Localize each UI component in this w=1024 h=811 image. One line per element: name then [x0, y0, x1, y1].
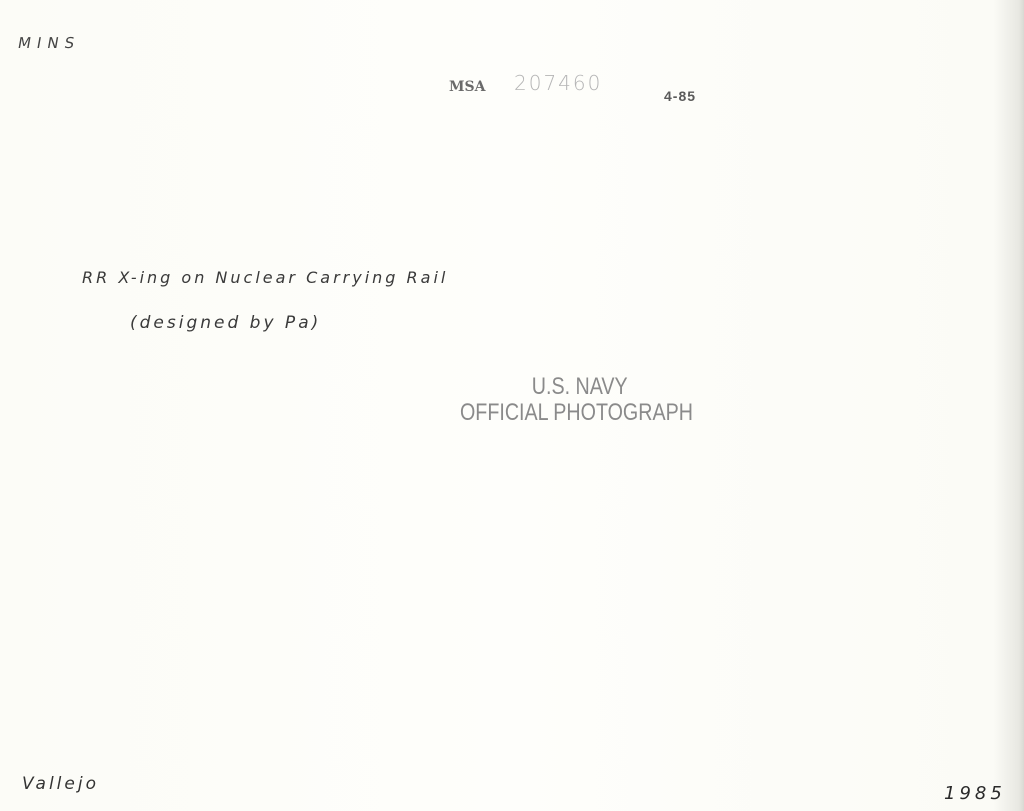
photo-back-paper: MINS MSA 207460 4-85 RR X-ing on Nuclear…	[0, 0, 1024, 811]
archive-prefix: MSA	[449, 79, 485, 95]
location-note: Vallejo	[22, 774, 99, 794]
caption-line-2: (designed by Pa)	[130, 313, 321, 333]
stamp-line-1: U.S. NAVY	[460, 374, 657, 400]
corner-note: MINS	[16, 34, 81, 52]
caption-line-1: RR X-ing on Nuclear Carrying Rail	[82, 268, 448, 287]
archive-number: 207460	[514, 71, 602, 95]
navy-stamp: U.S. NAVY OFFICIAL PHOTOGRAPH	[460, 374, 657, 426]
date-code: 4-85	[664, 88, 696, 104]
stamp-line-2: OFFICIAL PHOTOGRAPH	[460, 400, 657, 426]
year-note: 1985	[944, 783, 1006, 804]
